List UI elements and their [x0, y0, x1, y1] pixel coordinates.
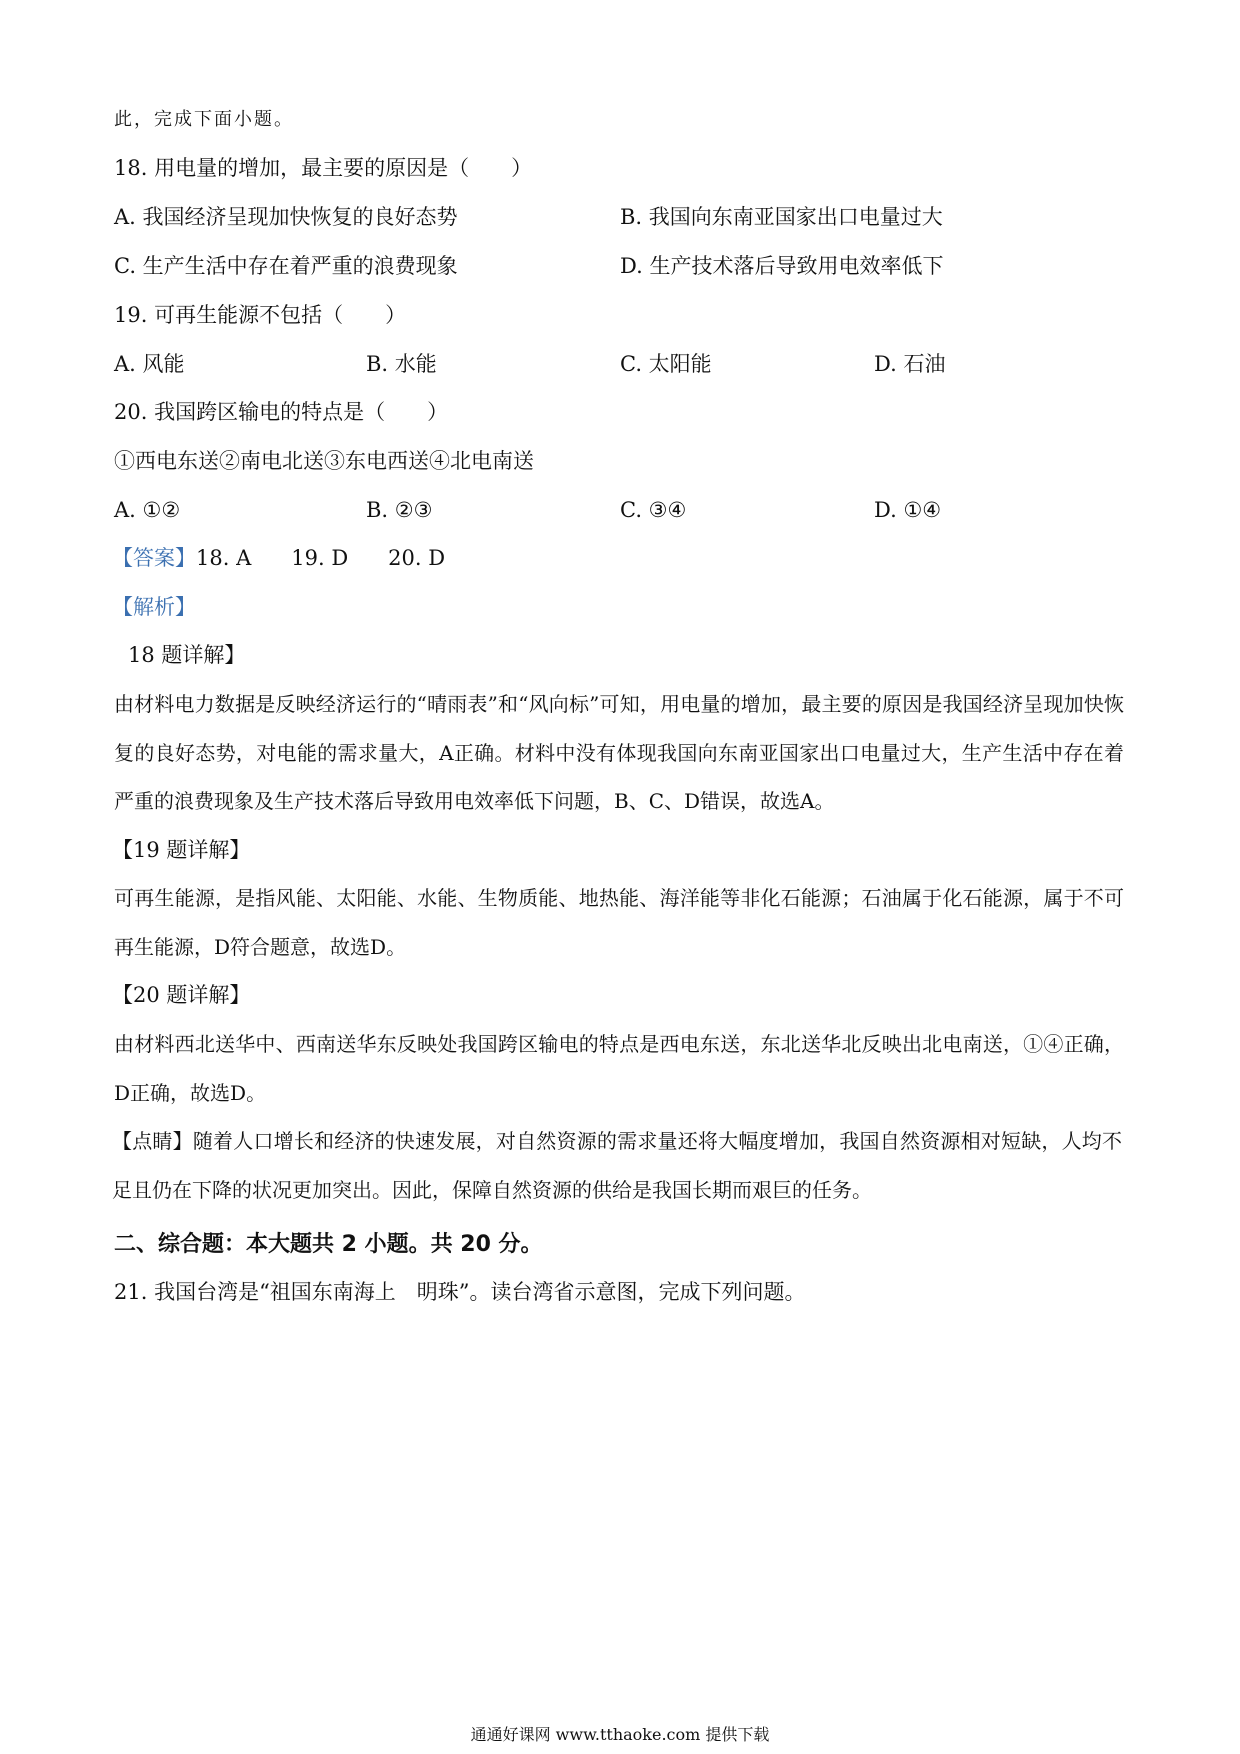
- q18-option-c: C. 生产生活中存在着严重的浪费现象: [114, 251, 458, 281]
- q18-option-d: D. 生产技术落后导致用电效率低下: [620, 251, 943, 281]
- answer-18: 18. A: [196, 546, 251, 570]
- q19-option-b: B. 水能: [366, 349, 437, 379]
- q19-option-d: D. 石油: [874, 349, 945, 379]
- footer: 通通好课网 www.tthaoke.com 提供下载: [0, 1722, 1240, 1745]
- q20-option-c: C. ③④: [620, 495, 686, 525]
- tip-text: 随着人口增长和经济的快速发展，对自然资源的需求量还将大幅度增加，我国自然资源相对…: [112, 1129, 1122, 1202]
- q20-stem: 20. 我国跨区输电的特点是（ ）: [114, 397, 448, 427]
- q18-detail-text: 由材料电力数据是反映经济运行的“晴雨表”和“风向标”可知，用电量的增加，最主要的…: [114, 680, 1124, 826]
- q18-option-b: B. 我国向东南亚国家出口电量过大: [620, 202, 943, 232]
- tip-label: 【点睛】: [112, 1129, 193, 1153]
- q18-stem: 18. 用电量的增加，最主要的原因是（ ）: [114, 153, 532, 183]
- q19-option-a: A. 风能: [114, 349, 185, 379]
- answer-line: 【答案】18. A19. D20. D: [112, 543, 445, 573]
- answer-20: 20. D: [388, 546, 445, 570]
- tip-paragraph: 【点睛】随着人口增长和经济的快速发展，对自然资源的需求量还将大幅度增加，我国自然…: [112, 1117, 1122, 1214]
- q19-detail-text: 可再生能源，是指风能、太阳能、水能、生物质能、地热能、海洋能等非化石能源；石油属…: [114, 874, 1124, 971]
- analysis-label: 【解析】: [112, 592, 196, 622]
- answer-label: 【答案】: [112, 546, 196, 570]
- q20-statements: ①西电东送②南电北送③东电西送④北电南送: [114, 446, 534, 476]
- q19-detail-title: 【19 题详解】: [112, 835, 250, 865]
- q20-detail-title: 【20 题详解】: [112, 980, 250, 1010]
- q19-stem: 19. 可再生能源不包括（ ）: [114, 300, 406, 330]
- q20-option-b: B. ②③: [366, 495, 432, 525]
- q18-detail-title: 18 题详解】: [128, 640, 245, 670]
- q19-option-c: C. 太阳能: [620, 349, 712, 379]
- section-2-heading: 二、综合题：本大题共 2 小题。共 20 分。: [114, 1230, 543, 1260]
- answer-19: 19. D: [291, 546, 348, 570]
- q20-detail-text: 由材料西北送华中、西南送华东反映处我国跨区输电的特点是西电东送，东北送华北反映出…: [114, 1020, 1124, 1117]
- q21-stem: 21. 我国台湾是“祖国东南海上 明珠”。读台湾省示意图，完成下列问题。: [114, 1277, 806, 1307]
- q18-option-a: A. 我国经济呈现加快恢复的良好态势: [114, 202, 458, 232]
- intro-tail: 此，完成下面小题。: [114, 105, 294, 135]
- q20-option-d: D. ①④: [874, 495, 941, 525]
- q20-option-a: A. ①②: [114, 495, 180, 525]
